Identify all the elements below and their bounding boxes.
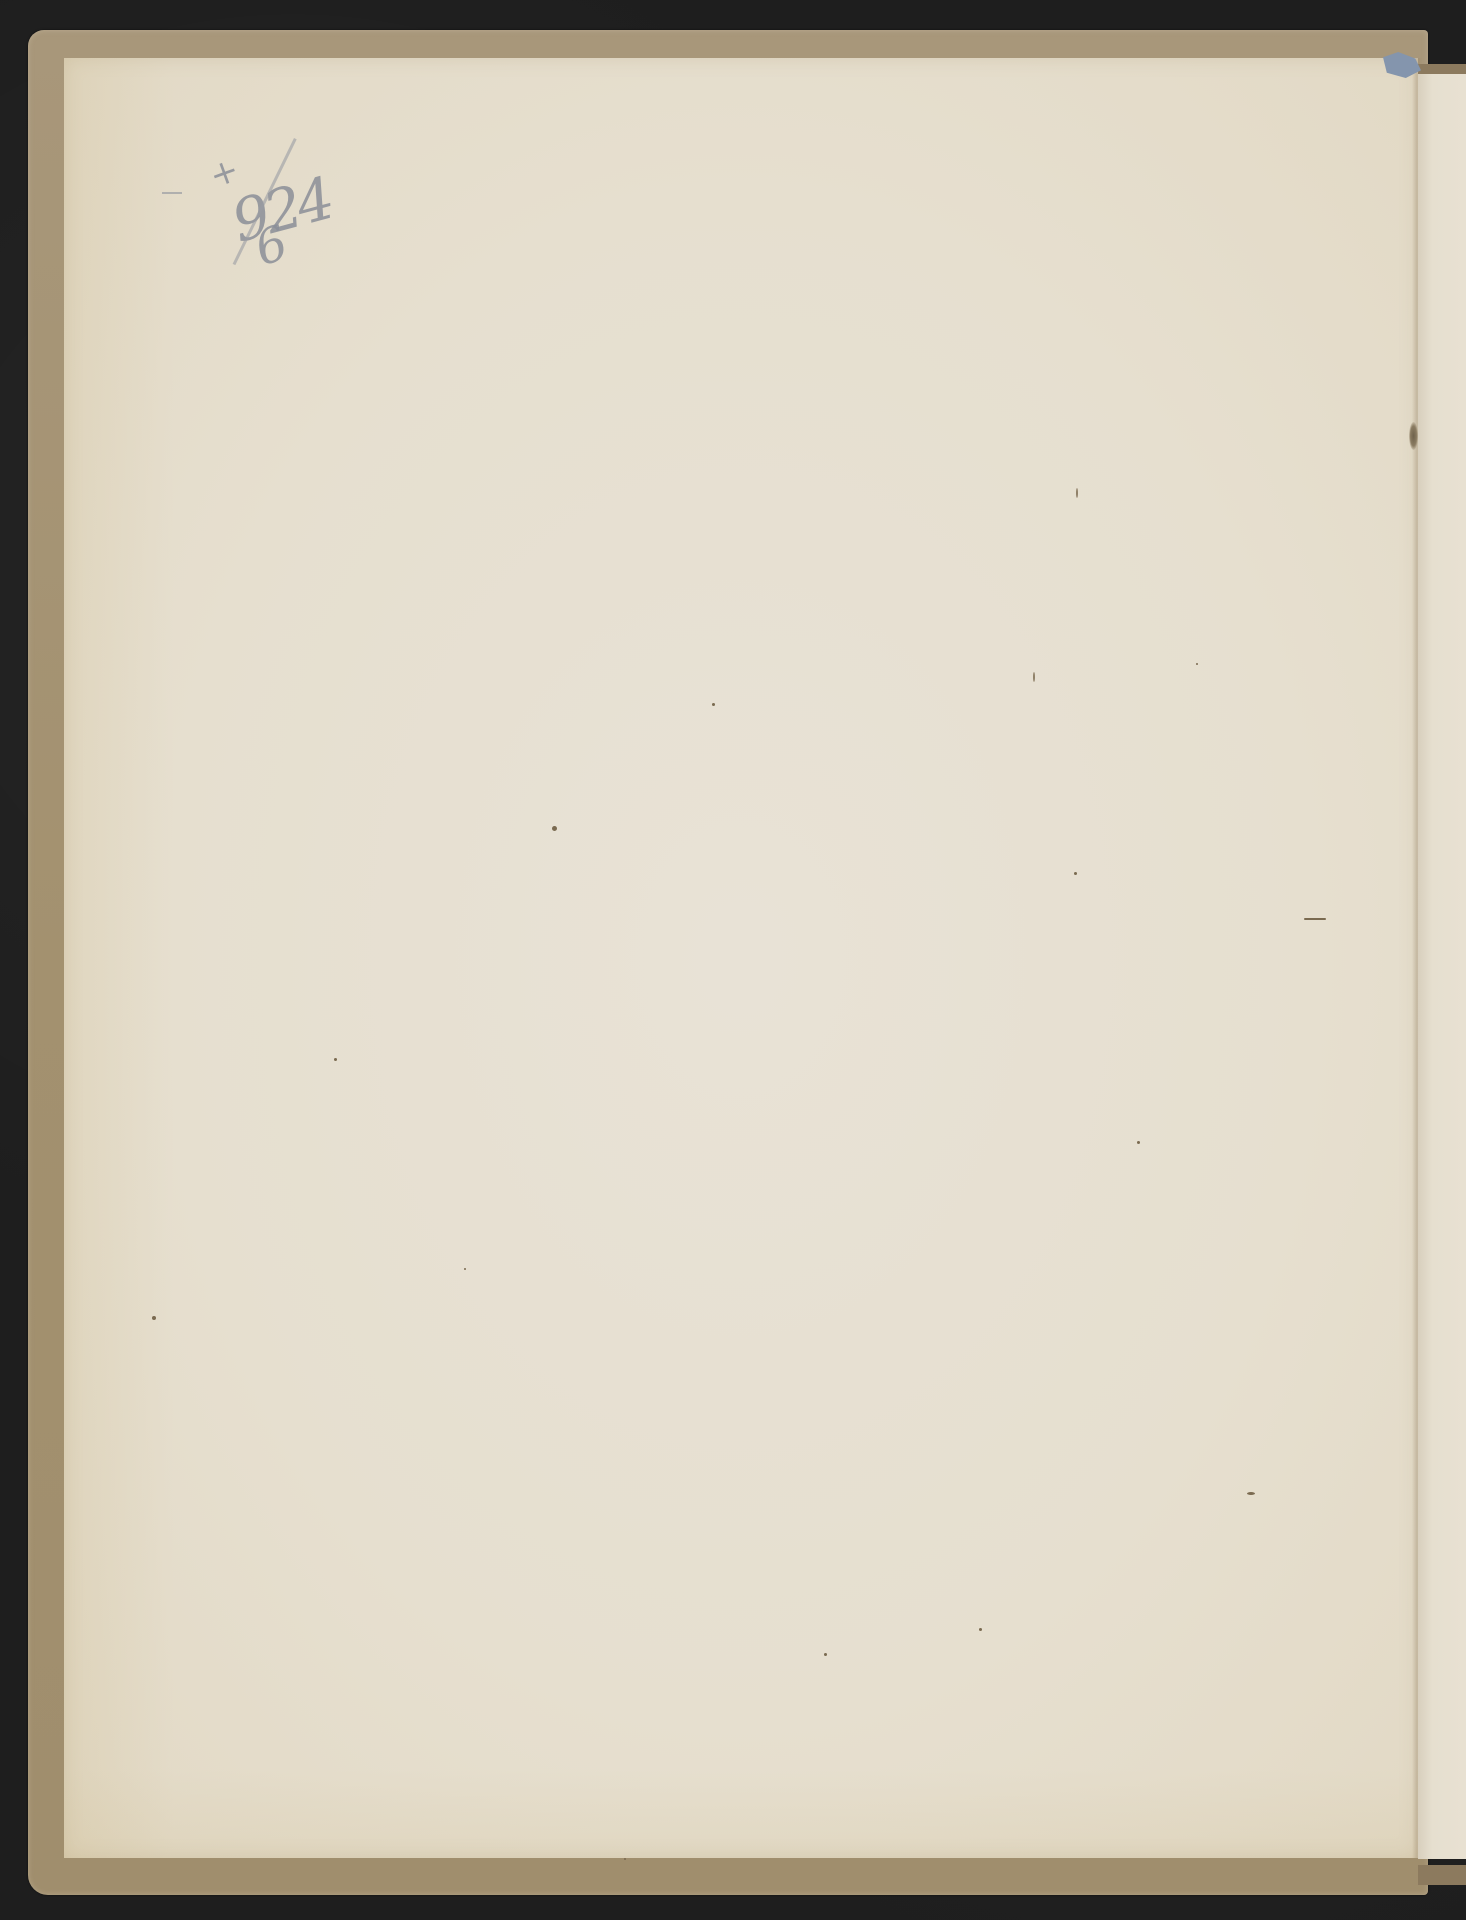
paper-speck (1074, 872, 1077, 875)
paper-speck (1076, 488, 1078, 498)
paper-speck (824, 1653, 827, 1656)
paper-speck (464, 1268, 466, 1270)
paper-speck (712, 703, 715, 706)
paper-speck (334, 1058, 337, 1061)
pencil-dash-mark (162, 192, 182, 194)
paper-speck (1033, 672, 1035, 682)
paper-speck (1137, 1141, 1140, 1144)
sewing-hole (1409, 422, 1418, 450)
facing-page-strip (1418, 74, 1466, 1859)
paper-speck (1196, 663, 1198, 665)
facing-cover-edge-bottom (1418, 1865, 1466, 1885)
paper-speck (1304, 918, 1326, 920)
endpaper-page: + 924 6 (64, 58, 1418, 1858)
paper-speck (979, 1628, 982, 1631)
paper-speck (624, 1858, 626, 1860)
paper-speck (1247, 1492, 1255, 1495)
paper-speck (152, 1316, 156, 1320)
paper-speck (552, 826, 557, 831)
